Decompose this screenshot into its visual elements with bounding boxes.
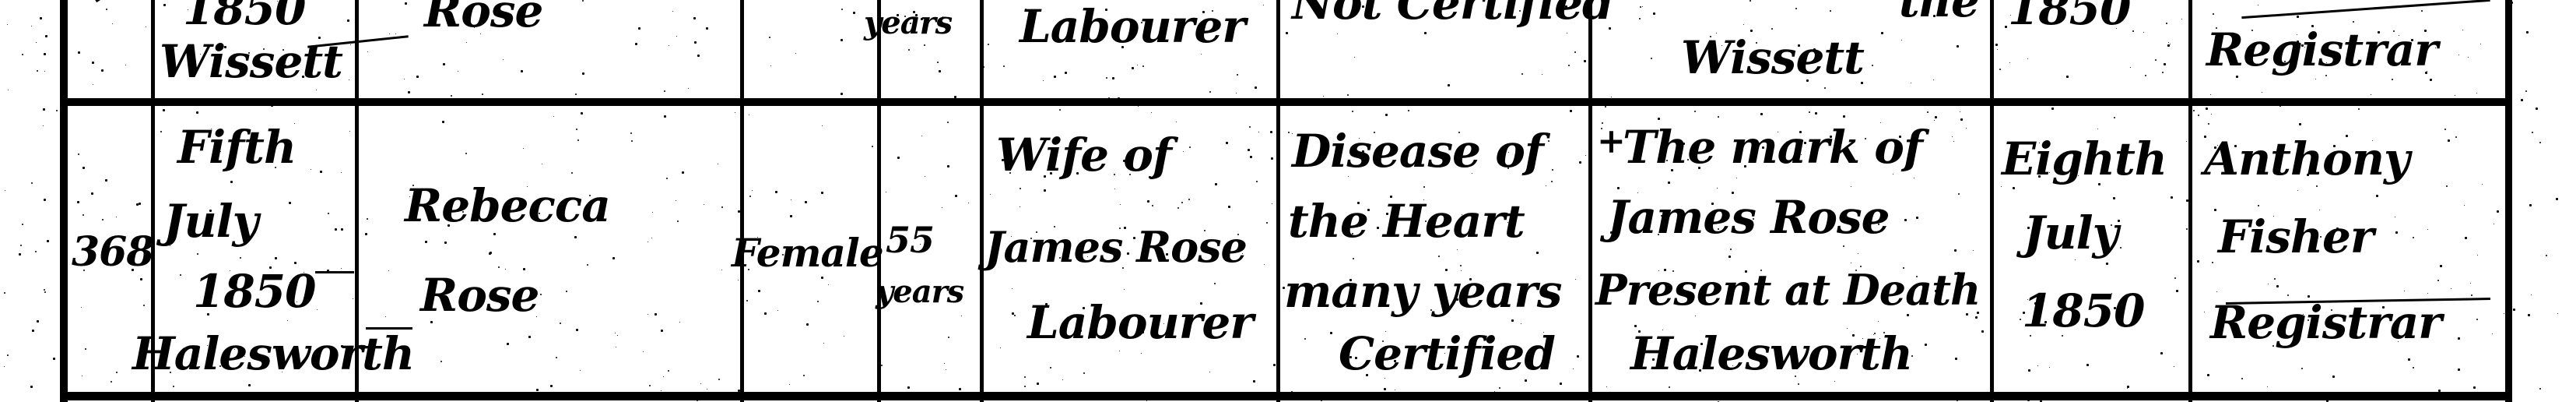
paper-speck	[2049, 172, 2050, 173]
paper-speck	[805, 201, 807, 203]
paper-speck	[2297, 34, 2297, 35]
paper-speck	[679, 322, 680, 323]
paper-speck	[2333, 145, 2336, 147]
paper-speck	[2013, 187, 2015, 189]
paper-speck	[1142, 331, 1144, 333]
paper-speck	[1255, 86, 1257, 89]
paper-speck	[2211, 114, 2212, 115]
paper-speck	[341, 172, 342, 173]
paper-speck	[53, 358, 55, 360]
paper-speck	[78, 51, 80, 54]
paper-speck	[1568, 65, 1570, 66]
paper-speck	[1610, 231, 1613, 234]
paper-speck	[466, 42, 467, 43]
paper-speck	[1880, 122, 1881, 123]
paper-speck	[2444, 129, 2446, 130]
paper-speck	[1286, 32, 1288, 34]
paper-speck	[1183, 151, 1184, 152]
paper-speck	[663, 376, 664, 377]
death-place: Halesworth	[132, 331, 414, 376]
paper-speck	[395, 33, 396, 34]
pen-stroke	[315, 271, 354, 273]
paper-speck	[795, 53, 796, 54]
paper-speck	[1916, 217, 1918, 219]
paper-speck	[1952, 136, 1953, 137]
paper-speck	[328, 213, 329, 214]
paper-speck	[1382, 340, 1384, 342]
paper-speck	[576, 329, 578, 331]
paper-speck	[419, 394, 421, 396]
paper-speck	[2539, 142, 2541, 143]
paper-speck	[2413, 237, 2414, 238]
paper-speck	[1705, 160, 1707, 161]
paper-speck	[643, 351, 644, 352]
paper-speck	[2191, 231, 2192, 233]
paper-speck	[1188, 199, 1190, 200]
paper-speck	[1717, 188, 1718, 189]
paper-speck	[775, 191, 777, 193]
paper-speck	[2315, 79, 2316, 79]
paper-speck	[37, 70, 38, 72]
paper-speck	[2028, 369, 2030, 372]
paper-speck	[1865, 138, 1866, 139]
paper-speck	[2427, 71, 2427, 72]
paper-speck	[2458, 337, 2460, 340]
paper-speck	[981, 153, 983, 154]
paper-speck	[790, 215, 792, 217]
paper-speck	[1390, 196, 1392, 198]
paper-speck	[1824, 87, 1826, 89]
paper-speck	[43, 125, 44, 126]
paper-speck	[2062, 15, 2064, 17]
deceased-age: 55	[886, 222, 934, 258]
paper-speck	[2181, 19, 2182, 19]
paper-speck	[1059, 257, 1061, 259]
paper-speck	[1762, 146, 1764, 149]
prev-entry-informant-residence: Wissett	[1681, 35, 1864, 80]
paper-speck	[704, 204, 704, 205]
paper-speck	[576, 129, 577, 130]
paper-speck	[1724, 100, 1726, 103]
paper-speck	[2037, 365, 2038, 366]
paper-speck	[482, 93, 483, 95]
paper-speck	[574, 236, 577, 238]
paper-speck	[1024, 386, 1026, 387]
paper-speck	[2038, 175, 2041, 178]
paper-speck	[823, 343, 824, 344]
paper-speck	[22, 224, 23, 225]
paper-speck	[1424, 32, 1427, 34]
paper-speck	[1579, 161, 1581, 164]
prev-entry-registration-year: 1850	[2008, 0, 2130, 31]
paper-speck	[2160, 352, 2163, 354]
paper-speck	[1617, 187, 1620, 189]
paper-speck	[2430, 79, 2432, 81]
paper-speck	[2075, 259, 2076, 260]
column-rule-5	[980, 0, 984, 402]
paper-speck	[1862, 338, 1863, 339]
paper-speck	[1815, 112, 1817, 115]
paper-speck	[116, 217, 117, 217]
paper-speck	[1655, 100, 1655, 101]
paper-speck	[1395, 390, 1395, 390]
paper-speck	[939, 70, 941, 72]
paper-speck	[1911, 83, 1911, 83]
paper-speck	[2204, 312, 2205, 312]
paper-speck	[425, 241, 427, 243]
paper-speck	[2392, 79, 2393, 80]
paper-speck	[1292, 133, 1293, 134]
paper-speck	[1000, 347, 1001, 348]
paper-speck	[2404, 291, 2405, 291]
paper-speck	[1860, 266, 1862, 267]
paper-speck	[1652, 358, 1655, 361]
paper-speck	[1132, 67, 1134, 69]
paper-speck	[2427, 293, 2428, 294]
paper-speck	[1798, 44, 1800, 47]
paper-speck	[1975, 316, 1978, 319]
paper-speck	[1718, 116, 1719, 118]
paper-speck	[1925, 344, 1927, 346]
paper-speck	[2528, 314, 2530, 316]
paper-speck	[1141, 22, 1142, 23]
paper-speck	[1657, 302, 1658, 304]
paper-speck	[1511, 319, 1514, 322]
paper-speck	[2206, 108, 2208, 110]
paper-speck	[1105, 9, 1107, 11]
paper-speck	[2216, 291, 2217, 292]
paper-speck	[2332, 251, 2333, 252]
paper-speck	[1728, 256, 1731, 258]
paper-speck	[1699, 369, 1701, 372]
paper-speck	[904, 16, 906, 17]
paper-speck	[631, 140, 633, 142]
paper-speck	[1430, 355, 1432, 358]
paper-speck	[1215, 183, 1217, 185]
paper-speck	[2471, 294, 2472, 296]
paper-speck	[1639, 18, 1641, 19]
paper-speck	[1127, 252, 1129, 255]
paper-speck	[1637, 192, 1638, 193]
paper-speck	[2300, 328, 2302, 330]
paper-speck	[1935, 290, 1937, 292]
paper-speck	[1886, 392, 1889, 394]
paper-speck	[220, 151, 221, 152]
paper-speck	[304, 272, 304, 273]
paper-speck	[1437, 213, 1439, 215]
paper-speck	[1163, 323, 1164, 324]
paper-speck	[2258, 5, 2258, 5]
paper-speck	[442, 121, 444, 123]
paper-speck	[1362, 150, 1364, 153]
paper-speck	[920, 244, 921, 245]
paper-speck	[2482, 184, 2483, 185]
paper-speck	[40, 17, 42, 19]
paper-speck	[1214, 283, 1216, 284]
paper-speck	[317, 309, 318, 310]
paper-speck	[748, 269, 749, 270]
paper-speck	[2241, 378, 2243, 379]
paper-speck	[1087, 256, 1088, 257]
paper-speck	[503, 59, 504, 60]
paper-speck	[1881, 32, 1883, 34]
paper-speck	[105, 179, 107, 182]
paper-speck	[982, 170, 983, 171]
paper-speck	[170, 372, 171, 373]
paper-speck	[1759, 143, 1760, 143]
paper-speck	[22, 54, 23, 55]
paper-speck	[2214, 209, 2216, 211]
paper-speck	[2525, 90, 2527, 92]
paper-speck	[877, 62, 878, 62]
paper-speck	[1146, 400, 1147, 401]
paper-speck	[2214, 146, 2216, 149]
paper-speck	[1661, 215, 1662, 217]
paper-speck	[655, 313, 657, 316]
paper-speck	[1189, 146, 1191, 148]
paper-speck	[947, 122, 949, 123]
column-rule-7	[1588, 0, 1592, 402]
paper-speck	[1878, 321, 1879, 322]
paper-speck	[2155, 59, 2157, 61]
paper-speck	[2526, 31, 2529, 33]
paper-speck	[746, 300, 748, 301]
paper-speck	[1605, 106, 1606, 108]
paper-speck	[1508, 152, 1509, 153]
paper-speck	[507, 343, 509, 345]
paper-speck	[2398, 341, 2399, 342]
paper-speck	[302, 76, 304, 78]
paper-speck	[721, 270, 722, 270]
paper-speck	[1423, 186, 1425, 188]
paper-speck	[518, 208, 520, 210]
paper-speck	[341, 228, 343, 231]
paper-speck	[347, 19, 349, 22]
paper-speck	[1683, 368, 1685, 370]
column-rule-4	[877, 0, 881, 402]
paper-speck	[556, 357, 557, 358]
paper-speck	[2440, 265, 2442, 267]
paper-speck	[1904, 219, 1907, 221]
paper-speck	[1338, 13, 1339, 14]
paper-speck	[1899, 136, 1901, 138]
paper-speck	[408, 91, 410, 93]
paper-speck	[2197, 260, 2199, 263]
paper-speck	[2044, 321, 2047, 323]
paper-speck	[682, 171, 684, 174]
paper-speck	[2399, 35, 2399, 36]
paper-speck	[1108, 97, 1110, 99]
paper-speck	[1456, 298, 1458, 301]
informant-line-2: James Rose	[1607, 195, 1890, 240]
paper-speck	[2020, 319, 2021, 320]
paper-speck	[1112, 77, 1114, 79]
paper-speck	[1461, 270, 1462, 271]
paper-speck	[886, 192, 886, 192]
paper-speck	[1738, 221, 1739, 222]
paper-speck	[188, 51, 190, 53]
paper-speck	[1394, 360, 1396, 362]
paper-speck	[749, 115, 749, 115]
paper-speck	[1638, 330, 1641, 333]
paper-speck	[1263, 5, 1264, 5]
paper-speck	[1270, 131, 1272, 133]
paper-speck	[1672, 270, 1674, 272]
paper-speck	[741, 347, 742, 348]
paper-speck	[1903, 267, 1904, 269]
paper-speck	[615, 333, 616, 333]
paper-speck	[45, 35, 47, 37]
paper-speck	[102, 219, 104, 220]
paper-speck	[581, 112, 583, 115]
paper-speck	[294, 262, 297, 264]
paper-speck	[742, 370, 744, 372]
paper-speck	[1658, 270, 1659, 271]
paper-speck	[1271, 157, 1273, 160]
paper-speck	[1239, 103, 1240, 104]
entry-number: 368	[72, 232, 154, 273]
paper-speck	[2446, 185, 2448, 187]
paper-speck	[2267, 386, 2268, 387]
paper-speck	[2186, 199, 2188, 202]
paper-speck	[1065, 37, 1067, 38]
paper-speck	[160, 131, 162, 132]
paper-speck	[219, 395, 221, 397]
paper-speck	[349, 356, 350, 358]
paper-speck	[188, 9, 188, 10]
paper-speck	[440, 361, 442, 362]
paper-speck	[1721, 45, 1722, 46]
column-rule-3	[740, 0, 744, 402]
paper-speck	[2480, 44, 2481, 44]
paper-speck	[444, 242, 447, 244]
paper-speck	[1141, 353, 1142, 354]
paper-speck	[2513, 309, 2515, 311]
paper-speck	[443, 63, 445, 65]
paper-speck	[2458, 368, 2460, 371]
paper-speck	[758, 290, 760, 292]
paper-speck	[285, 65, 286, 66]
paper-speck	[1671, 169, 1673, 171]
paper-speck	[237, 277, 238, 279]
paper-speck	[638, 27, 640, 30]
paper-speck	[630, 132, 632, 134]
paper-speck	[1861, 82, 1863, 84]
paper-speck	[1927, 111, 1928, 113]
paper-speck	[1367, 209, 1370, 211]
paper-speck	[1181, 202, 1183, 203]
paper-speck	[1123, 160, 1125, 162]
paper-speck	[1458, 132, 1460, 133]
paper-speck	[1036, 330, 1037, 331]
paper-speck	[1698, 167, 1700, 169]
paper-speck	[2476, 93, 2477, 93]
paper-speck	[2106, 263, 2108, 265]
deceased-surname: Rose	[420, 273, 539, 318]
paper-speck	[1043, 80, 1044, 81]
paper-speck	[921, 136, 922, 136]
paper-speck	[1505, 144, 1507, 146]
paper-speck	[37, 320, 39, 323]
paper-speck	[1355, 357, 1357, 359]
paper-speck	[2511, 2, 2513, 4]
paper-speck	[880, 156, 881, 157]
paper-speck	[1605, 3, 1607, 5]
paper-speck	[944, 363, 945, 364]
paper-speck	[1957, 45, 1959, 48]
paper-speck	[668, 370, 669, 372]
prev-entry-cause: Not Certified	[1292, 0, 1613, 26]
paper-speck	[981, 396, 983, 398]
paper-speck	[2455, 136, 2457, 138]
paper-speck	[651, 238, 652, 238]
paper-speck	[163, 109, 165, 111]
paper-speck	[589, 195, 591, 196]
paper-speck	[1640, 6, 1641, 8]
paper-speck	[1448, 84, 1450, 86]
paper-speck	[721, 206, 723, 208]
paper-speck	[349, 79, 349, 80]
paper-speck	[908, 49, 910, 51]
paper-speck	[648, 242, 648, 242]
paper-speck	[1288, 132, 1290, 133]
paper-speck	[198, 18, 199, 19]
paper-speck	[789, 393, 791, 396]
paper-speck	[2114, 117, 2115, 118]
paper-speck	[1044, 189, 1046, 192]
paper-speck	[528, 336, 531, 338]
column-rule-6	[1276, 0, 1280, 402]
paper-speck	[1212, 10, 1213, 12]
paper-speck	[707, 389, 707, 390]
paper-speck	[263, 48, 265, 50]
paper-speck	[2168, 42, 2169, 43]
paper-speck	[1441, 393, 1441, 393]
paper-speck	[1744, 165, 1746, 167]
paper-speck	[1106, 77, 1107, 79]
paper-speck	[822, 125, 823, 126]
deceased-age-unit: years	[876, 277, 963, 308]
paper-speck	[1253, 380, 1255, 383]
paper-speck	[1349, 279, 1352, 281]
paper-speck	[1176, 122, 1177, 122]
paper-speck	[1438, 256, 1440, 257]
paper-speck	[523, 268, 525, 270]
paper-speck	[197, 253, 198, 255]
column-rule-left-border	[60, 0, 68, 402]
paper-speck	[2119, 308, 2120, 309]
paper-speck	[881, 365, 883, 366]
paper-speck	[1536, 252, 1539, 254]
prev-entry-name: Rose	[424, 0, 542, 33]
paper-speck	[2279, 105, 2281, 107]
paper-speck	[163, 4, 166, 6]
paper-speck	[207, 313, 209, 316]
paper-speck	[207, 345, 208, 346]
paper-speck	[782, 254, 784, 256]
paper-speck	[575, 93, 577, 95]
deceased-sex: Female	[732, 234, 883, 273]
paper-speck	[2372, 327, 2374, 330]
paper-speck	[700, 383, 701, 384]
paper-speck	[1662, 330, 1663, 330]
paper-speck	[2043, 166, 2045, 168]
paper-speck	[740, 66, 742, 68]
paper-speck	[1548, 140, 1549, 142]
paper-speck	[582, 0, 584, 2]
paper-speck	[2284, 61, 2286, 62]
paper-speck	[1283, 287, 1285, 289]
